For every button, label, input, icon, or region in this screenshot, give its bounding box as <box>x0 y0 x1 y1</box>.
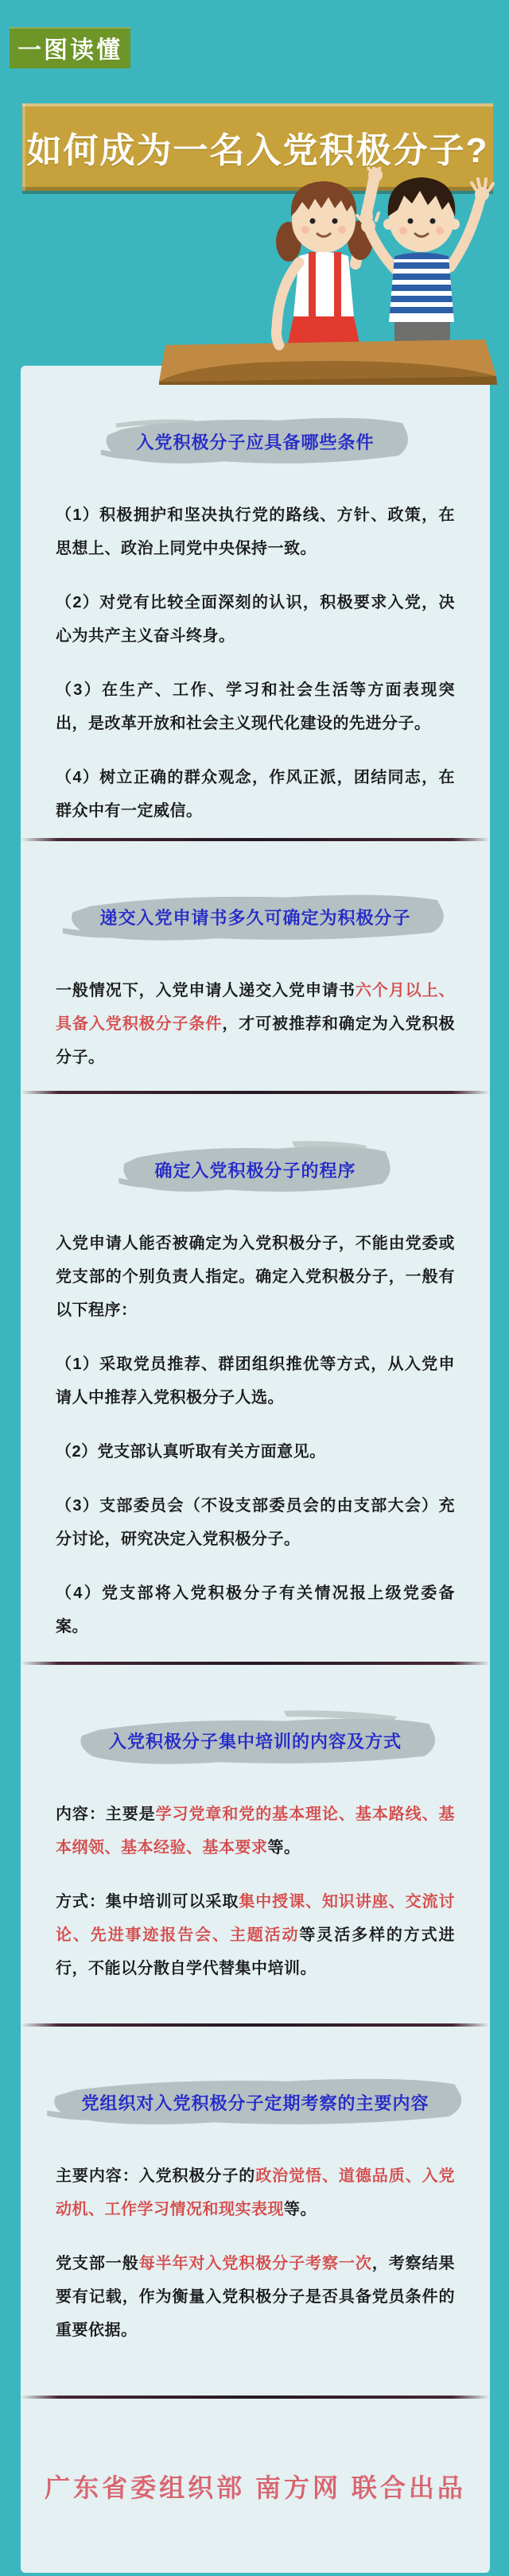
section-title-block: 入党积极分子应具备哪些条件 <box>136 429 374 454</box>
paragraph-text: 一般情况下，入党申请人递交入党申请书 <box>56 982 356 999</box>
paragraph: （1）采取党员推荐、群团组织推优等方式，从入党申请人中推荐入党积极分子人选。 <box>56 1348 455 1414</box>
boy-illustration <box>357 177 493 343</box>
section-title: 递交入党申请书多久可确定为积极分子 <box>99 905 410 929</box>
paragraph-text: （4）树立正确的群众观念，作风正派，团结同志，在群众中有一定威信。 <box>56 769 455 820</box>
section-conditions: 入党积极分子应具备哪些条件 （1）积极拥护和坚决执行党的路线、方针、政策，在思想… <box>21 366 490 841</box>
section-title-block: 递交入党申请书多久可确定为积极分子 <box>99 905 410 929</box>
paragraph: （3）支部委员会（不设支部委员会的由支部大会）充分讨论，研究决定入党积极分子。 <box>56 1489 455 1556</box>
section-body: 内容：主要是学习党章和党的基本理论、基本路线、基本纲领、基本经验、基本要求等。 … <box>56 1798 455 1985</box>
paragraph-text: （1）采取党员推荐、群团组织推优等方式，从入党申请人中推荐入党积极分子人选。 <box>56 1356 455 1406</box>
paragraph-text: 入党申请人能否被确定为入党积极分子，不能由党委或党支部的个别负责人指定。确定入党… <box>56 1235 455 1319</box>
section-inspection: 党组织对入党积极分子定期考察的主要内容 主要内容：入党积极分子的政治觉悟、道德品… <box>21 2027 490 2399</box>
section-title: 确定入党积极分子的程序 <box>154 1158 356 1182</box>
section-training: 入党积极分子集中培训的内容及方式 内容：主要是学习党章和党的基本理论、基本路线、… <box>21 1665 490 2027</box>
highlight-text: 每半年对入党积极分子考察一次 <box>139 2255 372 2272</box>
badge-label: 一图读懂 <box>17 30 122 65</box>
paragraph-text: 方式：集中培训可以采取 <box>56 1893 239 1911</box>
section-procedure: 确定入党积极分子的程序 入党申请人能否被确定为入党积极分子，不能由党委或党支部的… <box>21 1094 490 1665</box>
paragraph: （4）树立正确的群众观念，作风正派，团结同志，在群众中有一定威信。 <box>56 761 455 828</box>
paragraph-text: 党支部一般 <box>56 2255 139 2272</box>
paragraph-text: 主要内容：入党积极分子的 <box>56 2167 255 2185</box>
paragraph-text: （4）党支部将入党积极分子有关情况报上级党委备案。 <box>56 1585 455 1635</box>
section-title: 入党积极分子集中培训的内容及方式 <box>109 1728 402 1753</box>
paragraph: （2）对党有比较全面深刻的认识，积极要求入党，决心为共产主义奋斗终身。 <box>56 586 455 653</box>
page-title: 如何成为一名入党积极分子? <box>27 122 489 173</box>
section-title: 党组织对入党积极分子定期考察的主要内容 <box>81 2090 429 2115</box>
paragraph: 方式：集中培训可以采取集中授课、知识讲座、交流讨论、先进事迹报告会、主题活动等灵… <box>56 1885 455 1985</box>
section-body: （1）积极拥护和坚决执行党的路线、方针、政策，在思想上、政治上同党中央保持一致。… <box>56 499 455 828</box>
section-title-block: 党组织对入党积极分子定期考察的主要内容 <box>81 2090 429 2115</box>
section-body: 入党申请人能否被确定为入党积极分子，不能由党委或党支部的个别负责人指定。确定入党… <box>56 1227 455 1643</box>
paragraph-text: （2）党支部认真听取有关方面意见。 <box>56 1443 326 1461</box>
paragraph-text: 内容：主要是 <box>56 1806 156 1823</box>
paragraph-text: （3）支部委员会（不设支部委员会的由支部大会）充分讨论，研究决定入党积极分子。 <box>56 1497 455 1548</box>
credits-text: 广东省委组织部 南方网 联合出品 <box>45 2468 466 2504</box>
paragraph: （4）党支部将入党积极分子有关情况报上级党委备案。 <box>56 1577 455 1643</box>
paragraph-text: （3）在生产、工作、学习和社会生活等方面表现突出，是改革开放和社会主义现代化建设… <box>56 681 455 732</box>
paragraph: 内容：主要是学习党章和党的基本理论、基本路线、基本纲领、基本经验、基本要求等。 <box>56 1798 455 1864</box>
paragraph: 主要内容：入党积极分子的政治觉悟、道德品质、入党动机、工作学习情况和现实表现等。 <box>56 2159 455 2226</box>
girl-illustration <box>276 167 383 343</box>
content-card: 入党积极分子应具备哪些条件 （1）积极拥护和坚决执行党的路线、方针、政策，在思想… <box>21 366 490 2573</box>
paragraph: （3）在生产、工作、学习和社会生活等方面表现突出，是改革开放和社会主义现代化建设… <box>56 673 455 740</box>
paragraph-text: 等。 <box>268 1839 301 1856</box>
paragraph: 一般情况下，入党申请人递交入党申请书六个月以上、具备入党积极分子条件，才可被推荐… <box>56 974 455 1074</box>
paragraph-text: 等。 <box>284 2201 317 2218</box>
paragraph: （2）党支部认真听取有关方面意见。 <box>56 1435 455 1468</box>
footer: 广东省委组织部 南方网 联合出品 <box>21 2399 490 2573</box>
section-title: 入党积极分子应具备哪些条件 <box>136 429 374 454</box>
section-timing: 递交入党申请书多久可确定为积极分子 一般情况下，入党申请人递交入党申请书六个月以… <box>21 841 490 1094</box>
children-illustration <box>159 167 506 385</box>
paragraph: （1）积极拥护和坚决执行党的路线、方针、政策，在思想上、政治上同党中央保持一致。 <box>56 499 455 565</box>
section-body: 一般情况下，入党申请人递交入党申请书六个月以上、具备入党积极分子条件，才可被推荐… <box>56 974 455 1074</box>
read-in-one-image-badge: 一图读懂 <box>10 27 130 68</box>
section-title-block: 确定入党积极分子的程序 <box>154 1158 356 1182</box>
paragraph: 入党申请人能否被确定为入党积极分子，不能由党委或党支部的个别负责人指定。确定入党… <box>56 1227 455 1327</box>
section-body: 主要内容：入党积极分子的政治觉悟、道德品质、入党动机、工作学习情况和现实表现等。… <box>56 2159 455 2347</box>
paragraph: 党支部一般每半年对入党积极分子考察一次，考察结果要有记载，作为衡量入党积极分子是… <box>56 2247 455 2347</box>
paragraph-text: （1）积极拥护和坚决执行党的路线、方针、政策，在思想上、政治上同党中央保持一致。 <box>56 506 455 557</box>
section-title-block: 入党积极分子集中培训的内容及方式 <box>109 1728 402 1753</box>
paragraph-text: （2）对党有比较全面深刻的认识，积极要求入党，决心为共产主义奋斗终身。 <box>56 594 455 645</box>
infographic-page: { "colors": { "background_teal": "#3bb6b… <box>0 0 509 2576</box>
